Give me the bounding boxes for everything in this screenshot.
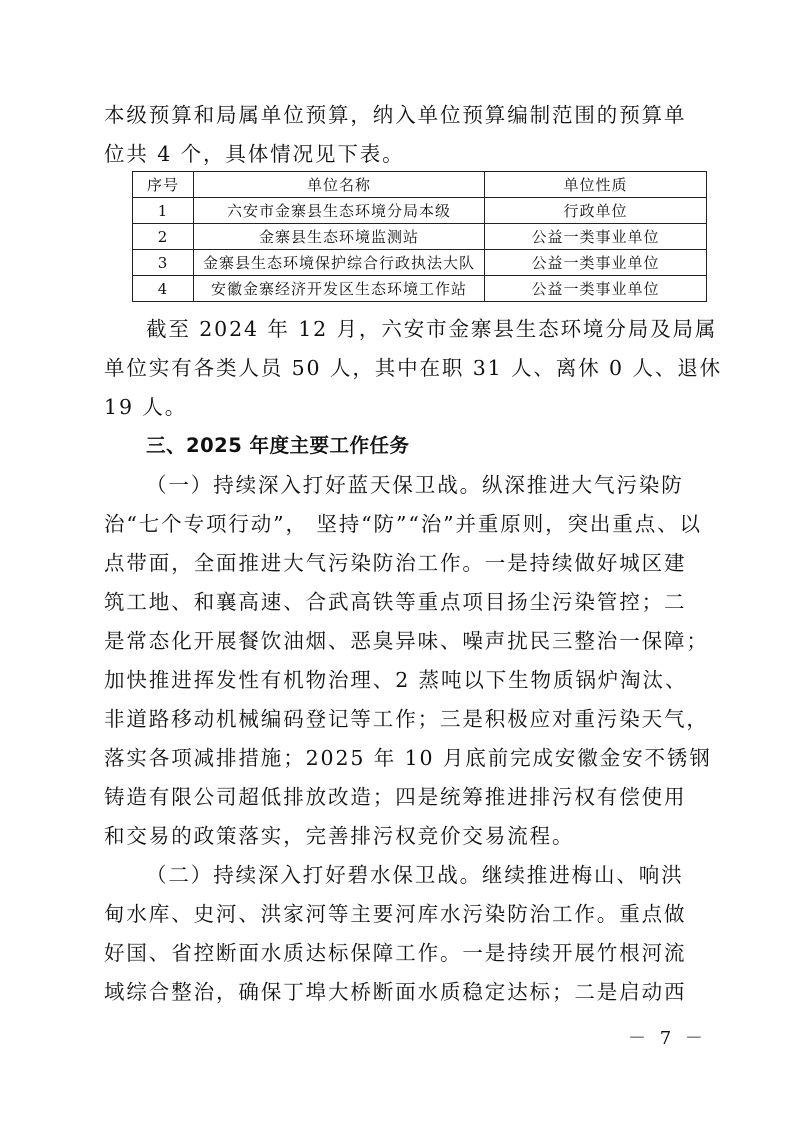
table-cell: 公益一类事业单位 [485,250,707,276]
table-cell: 金寨县生态环境保护综合行政执法大队 [194,250,485,276]
table-header-row: 序号 单位名称 单位性质 [133,172,707,198]
text-line: 和交易的政策落实，完善排污权竞价交易流程。 [104,819,684,853]
text-line: 非道路移动机械编码登记等工作；三是积极应对重污染天气， [104,702,684,736]
header-cell: 单位性质 [485,172,707,198]
table-cell: 金寨县生态环境监测站 [194,224,485,250]
page-number: － 7 － [628,1024,707,1050]
table-cell: 行政单位 [485,198,707,224]
text-line: 本级预算和局属单位预算，纳入单位预算编制范围的预算单 [104,98,684,132]
table-cell: 公益一类事业单位 [485,276,707,302]
table-row: 1 六安市金寨县生态环境分局本级 行政单位 [133,198,707,224]
table-cell: 2 [133,224,194,250]
text-line: 加快推进挥发性有机物治理、2 蒸吨以下生物质锅炉淘汰、 [104,663,684,697]
text-line: 19 人。 [104,390,684,424]
table-cell: 4 [133,276,194,302]
table-cell: 六安市金寨县生态环境分局本级 [194,198,485,224]
budget-units-table: 序号 单位名称 单位性质 1 六安市金寨县生态环境分局本级 行政单位 2 金寨县… [132,171,707,302]
text-line: 域综合整治，确保丁埠大桥断面水质稳定达标；二是启动西 [104,975,684,1009]
text-line: （一）持续深入打好蓝天保卫战。纵深推进大气污染防 [146,468,726,502]
text-line: 治“七个专项行动”， 坚持“防”“治”并重原则，突出重点、以 [104,507,684,541]
table-cell: 1 [133,198,194,224]
header-cell: 单位名称 [194,172,485,198]
table-row: 4 安徽金寨经济开发区生态环境工作站 公益一类事业单位 [133,276,707,302]
text-line: 铸造有限公司超低排放改造；四是统筹推进排污权有偿使用 [104,780,684,814]
table-cell: 安徽金寨经济开发区生态环境工作站 [194,276,485,302]
text-line: （二）持续深入打好碧水保卫战。继续推进梅山、响洪 [146,858,726,892]
text-line: 落实各项减排措施；2025 年 10 月底前完成安徽金安不锈钢 [104,741,684,775]
table-row: 3 金寨县生态环境保护综合行政执法大队 公益一类事业单位 [133,250,707,276]
text-line: 筑工地、和襄高速、合武高铁等重点项目扬尘污染管控；二 [104,585,684,619]
text-line: 截至 2024 年 12 月，六安市金寨县生态环境分局及局属 [146,312,726,346]
table-cell: 公益一类事业单位 [485,224,707,250]
header-cell: 序号 [133,172,194,198]
text-line: 位共 4 个，具体情况见下表。 [104,137,684,171]
text-line: 单位实有各类人员 50 人，其中在职 31 人、离休 0 人、退休 [104,351,684,385]
table-cell: 3 [133,250,194,276]
table-row: 2 金寨县生态环境监测站 公益一类事业单位 [133,224,707,250]
text-line: 是常态化开展餐饮油烟、恶臭异味、噪声扰民三整治一保障； [104,624,684,658]
text-line: 点带面，全面推进大气污染防治工作。一是持续做好城区建 [104,546,684,580]
text-line: 甸水库、史河、洪家河等主要河库水污染防治工作。重点做 [104,897,684,931]
text-line: 好国、省控断面水质达标保障工作。一是持续开展竹根河流 [104,936,684,970]
section-heading: 三、2025 年度主要工作任务 [146,429,726,463]
